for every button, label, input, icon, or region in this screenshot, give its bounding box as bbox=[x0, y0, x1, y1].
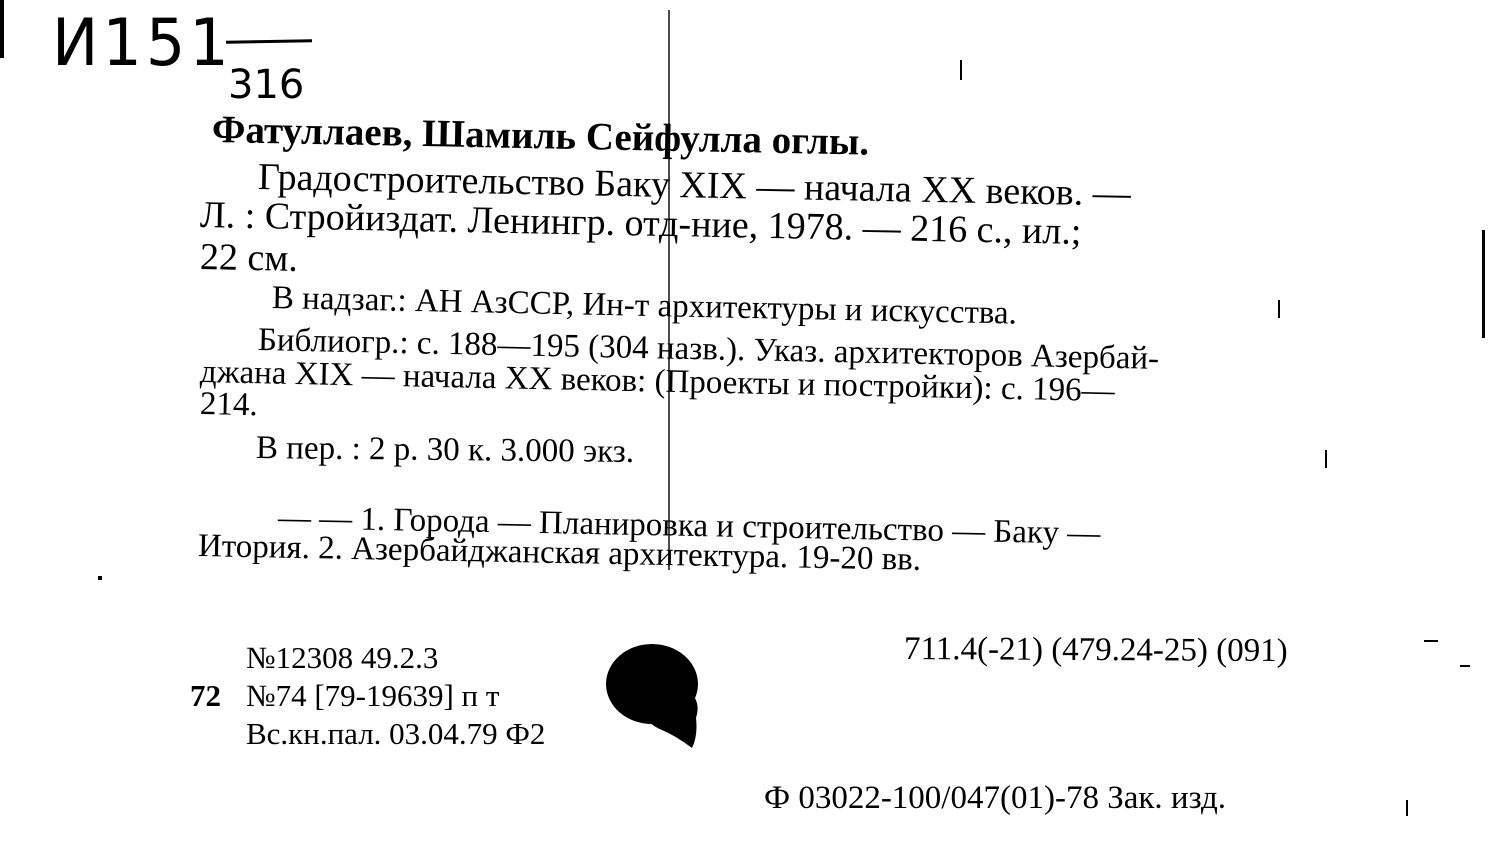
catalog-card: И151 316 Фатуллаев, Шамиль Сейфулла оглы… bbox=[0, 0, 1488, 865]
ink-blot bbox=[606, 644, 698, 748]
bbk-index-line: Ф 03022-100/047(01)-78 Зак. изд. bbox=[764, 780, 1226, 817]
scan-noise bbox=[1406, 800, 1408, 816]
scan-noise bbox=[1278, 300, 1280, 318]
price-line: В пер. : 2 р. 30 к. 3.000 экз. bbox=[256, 432, 634, 469]
note-line: В надзаг.: АН АзССР, Ин-т архитектуры и … bbox=[272, 282, 1018, 331]
shelf-mark: И151 bbox=[52, 4, 233, 81]
scan-noise bbox=[1424, 640, 1438, 642]
scan-noise bbox=[98, 576, 102, 580]
author-heading: Фатуллаев, Шамиль Сейфулла оглы. bbox=[212, 110, 870, 162]
shelf-mark-fraction-bar bbox=[226, 39, 312, 44]
note-line: 214. bbox=[200, 388, 258, 422]
print-info-line: Вс.кн.пал. 03.04.79 Ф2 bbox=[246, 716, 545, 752]
print-info-line: №12308 49.2.3 bbox=[246, 640, 438, 676]
print-info-line: №74 [79-19639] п т bbox=[246, 678, 499, 714]
scan-crease bbox=[668, 10, 670, 570]
scan-edge-mark bbox=[0, 0, 4, 58]
udc-index: 711.4(-21) (479.24-25) (091) bbox=[904, 631, 1288, 670]
scan-noise bbox=[1460, 665, 1470, 667]
print-info-prefix: 72 bbox=[190, 678, 221, 714]
scan-noise bbox=[960, 60, 962, 80]
shelf-mark-sub: 316 bbox=[228, 62, 304, 108]
dimensions-line: 22 см. bbox=[200, 238, 299, 278]
scan-noise bbox=[1325, 450, 1327, 468]
scan-edge-mark bbox=[1482, 230, 1485, 338]
